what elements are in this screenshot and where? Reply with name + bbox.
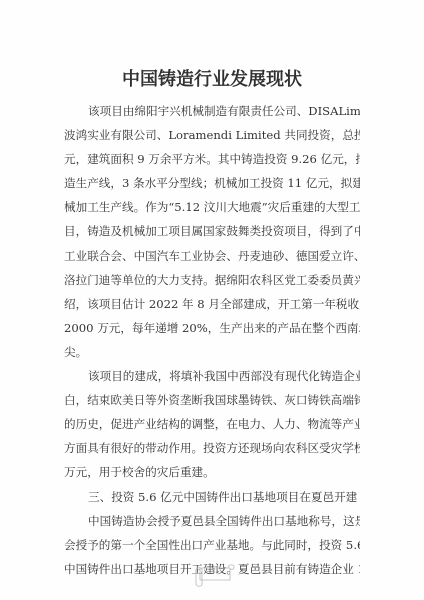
text-line: 会授予的第一个全国性出口产业基地。与此同时，投资 5.6 亿元的 xyxy=(64,533,360,557)
document-title: 中国铸造行业发展现状 xyxy=(0,68,424,92)
text-line: 白，结束欧美日等外资垄断我国球墨铸铁、灰口铸铁高端铸件市场 xyxy=(64,388,360,412)
paragraph: 该项目的建成，将填补我国中西部没有现代化铸造企业的空 白，结束欧美日等外资垄断我… xyxy=(64,364,360,484)
text-line: 中国铸造协会授予夏邑县全国铸件出口基地称号，这是该协 xyxy=(64,509,360,533)
text-line: 方面具有很好的带动作用。投资方还现场向农科区受灾学校捐赠 20 xyxy=(64,436,360,460)
section-heading: 三、投资 5.6 亿元中国铸件出口基地项目在夏邑开建 xyxy=(64,485,360,509)
text-line: 该项目由绵阳宇兴机械制造有限责任公司、DISALimited、四川 xyxy=(64,99,360,123)
text-line: 目，铸造及机械加工项目属国家鼓舞类投资项目，得到了中国机械 xyxy=(64,219,360,243)
page-number: 1 xyxy=(192,567,236,575)
text-line: 工业联合会、中国汽车工业协会、丹麦迪砂、德国爱立许、西班牙 xyxy=(64,244,360,268)
text-line: 尖。 xyxy=(64,340,360,364)
document-page: 中国铸造行业发展现状 该项目由绵阳宇兴机械制造有限责任公司、DISALimite… xyxy=(0,0,424,600)
document-body: 该项目由绵阳宇兴机械制造有限责任公司、DISALimited、四川 波鸿实业有限… xyxy=(64,99,360,581)
text-line: 波鸿实业有限公司、Loramendi Limited 共同投资，总投资逾 20 … xyxy=(64,123,360,147)
text-line: 洛拉门迪等单位的大力支持。据绵阳农科区党工委委员黄兴禄介 xyxy=(64,268,360,292)
text-line: 绍，该项目估计 2022 年 8 月全部建成，开工第一年税收入不低于 xyxy=(64,292,360,316)
text-line: 该项目的建成，将填补我国中西部没有现代化铸造企业的空 xyxy=(64,364,360,388)
text-line: 2000 万元，每年递增 20%，生产出来的产品在整个西南地区尚属顶 xyxy=(64,316,360,340)
section-heading-text: 三、投资 5.6 亿元中国铸件出口基地项目在夏邑开建 xyxy=(64,485,360,509)
text-line: 元，建筑面积 9 万余平方米。其中铸造投资 9.26 亿元，拟建 7 条铸 xyxy=(64,147,360,171)
paragraph: 该项目由绵阳宇兴机械制造有限责任公司、DISALimited、四川 波鸿实业有限… xyxy=(64,99,360,364)
text-line: 的历史，促进产业结构的调整，在电力、人力、物流等产业的进展 xyxy=(64,412,360,436)
text-line: 械加工生产线。作为“5.12 汶川大地震”灾后重建的大型工业项 xyxy=(64,195,360,219)
page-footer: 1 xyxy=(192,562,236,588)
text-line: 造生产线，3 条水平分型线；机械加工投资 11 亿元，拟建 16 条机 xyxy=(64,171,360,195)
text-line: 万元，用于校舍的灾后重建。 xyxy=(64,460,360,484)
scroll-banner-icon xyxy=(192,562,236,588)
